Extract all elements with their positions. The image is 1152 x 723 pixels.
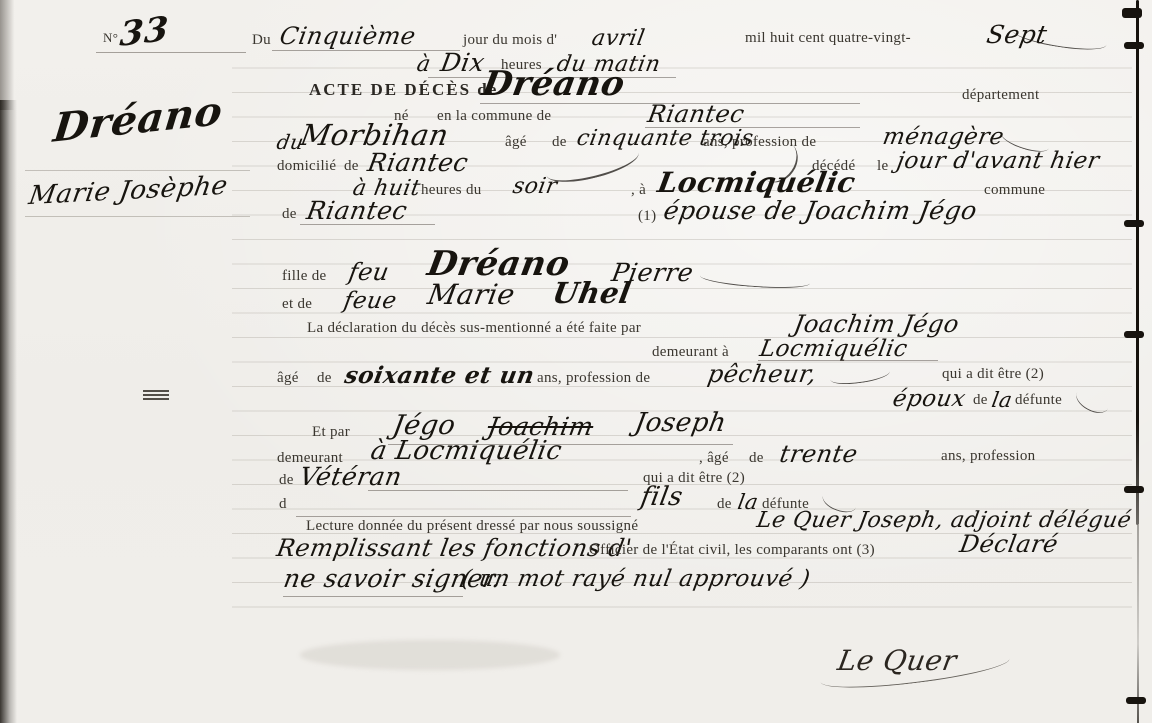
blank-rule <box>283 596 463 597</box>
printed-qui-a-dit-etre: qui a dit être (2) <box>942 366 1044 383</box>
printed-de: de <box>282 206 297 223</box>
blank-rule <box>96 52 246 53</box>
death-record-page: N° 33 Dréano Marie Josèphe Du Cinquième … <box>0 0 1152 723</box>
footnote-ref-1: (1) <box>638 208 656 225</box>
printed-officier: Officier de l'État civil, les comparants… <box>589 542 875 559</box>
printed-a: , à <box>631 182 646 199</box>
mother-feue: feue <box>342 288 399 314</box>
printed-ans-profession: ans, profession de <box>537 370 650 387</box>
second-declarant-age: trente <box>778 440 861 468</box>
deceased-profession: ménagère <box>881 124 1006 150</box>
binding-edge-lower <box>1137 525 1139 723</box>
pen-flourish <box>1072 383 1113 418</box>
printed-du: Du <box>252 32 271 49</box>
marital-status: épouse de Joachim Jégo <box>661 196 979 225</box>
officer-script-prefix: Remplissant les fonctions d' <box>275 534 635 562</box>
declarant-profession: pêcheur, <box>706 360 820 388</box>
printed-de: de <box>749 450 764 467</box>
mother-firstname: Marie <box>425 278 518 311</box>
printed-age: âgé <box>505 134 527 151</box>
pen-flourish <box>829 364 891 387</box>
printed-d: d <box>279 496 287 513</box>
printed-ans-profession: ans, profession de <box>703 134 816 151</box>
birth-commune: Riantec <box>646 100 747 128</box>
printed-le: le <box>877 158 888 175</box>
left-scan-edge-top <box>0 0 16 110</box>
domicile-place: Riantec <box>365 148 470 177</box>
registry-number: 33 <box>119 9 170 55</box>
dept-name: Morbihan <box>298 118 451 152</box>
deceased-surname: Dréano <box>479 64 628 104</box>
margin-rule <box>25 216 250 217</box>
pen-flourish <box>1011 21 1108 55</box>
second-declarant-firstname: Joseph <box>632 408 728 438</box>
act-title: ACTE DE DÉCÈS de <box>309 80 498 100</box>
script-la: la <box>990 388 1014 412</box>
printed-age: , âgé <box>699 450 729 467</box>
paper-smudge <box>300 640 560 670</box>
printed-jour-du-mois: jour du mois d' <box>463 32 557 49</box>
printed-de: de <box>717 496 732 513</box>
declarant-age: soixante et un <box>343 362 537 389</box>
hour-value: Dix <box>438 48 487 77</box>
blank-rule <box>300 224 435 225</box>
printed-ans-profession: ans, profession <box>941 448 1036 465</box>
printed-de: de <box>317 370 332 387</box>
blank-rule <box>272 50 460 51</box>
printed-declaration: La déclaration du décès sus-mentionné a … <box>307 320 641 337</box>
printed-commune: commune <box>984 182 1045 199</box>
death-place: Locmiquélic <box>655 166 858 199</box>
printed-domicilie: domicilié <box>277 158 336 175</box>
printed-defunte: défunte <box>1015 392 1062 409</box>
printed-de: de <box>973 392 988 409</box>
note-word-struck: ( un mot rayé nul approuvé ) <box>460 566 813 592</box>
declarant-residence: Locmiquélic <box>758 336 910 362</box>
death-act-day: Cinquième <box>278 22 419 50</box>
binding-stitch <box>1124 486 1144 493</box>
script-declared: Déclaré <box>958 530 1061 558</box>
printed-demeurant-a: demeurant à <box>652 344 729 361</box>
binding-edge <box>1136 0 1139 525</box>
hour-a: à <box>415 52 433 77</box>
declarant-relation: époux <box>891 386 968 412</box>
left-scan-edge <box>0 100 18 723</box>
printed-year: mil huit cent quatre-vingt- <box>745 30 911 47</box>
second-declarant-profession: Vétéran <box>297 462 404 491</box>
second-declarant-relation: fils <box>638 482 685 512</box>
printed-departement: département <box>962 87 1039 104</box>
death-hour-moment: soir <box>511 174 560 199</box>
pen-flourish <box>700 268 811 291</box>
death-act-month: avril <box>590 26 647 51</box>
printed-heures-du: heures du <box>421 182 482 199</box>
blank-rule <box>368 490 628 491</box>
ink-blot <box>143 390 169 402</box>
printed-et-par: Et par <box>312 424 350 441</box>
declarant-name: Joachim Jégo <box>792 310 962 338</box>
binding-stitch <box>1124 331 1144 338</box>
margin-deceased-surname: Dréano <box>51 87 225 151</box>
binding-stitch <box>1124 220 1144 227</box>
father-feu: feu <box>347 258 392 286</box>
margin-deceased-firstnames: Marie Josèphe <box>27 171 230 211</box>
binding-stitch <box>1126 697 1146 704</box>
printed-et-de: et de <box>282 296 312 313</box>
printed-de: de <box>279 472 294 489</box>
blank-rule <box>296 516 631 517</box>
binding-stitch <box>1124 42 1144 49</box>
officiant-name: Le Quer Joseph, adjoint délégué <box>755 508 1134 533</box>
printed-age: âgé <box>277 370 299 387</box>
mother-surname: Uhel <box>550 276 634 310</box>
script-la: la <box>736 490 760 514</box>
death-day-script: jour d'avant hier <box>895 148 1102 174</box>
printed-fille-de: fille de <box>282 268 326 285</box>
printed-de: de <box>552 134 567 151</box>
residence-commune: Riantec <box>304 196 409 225</box>
printed-lecture: Lecture donnée du présent dressé par nou… <box>306 518 638 535</box>
binding-stitch <box>1122 8 1142 18</box>
printed-de: de <box>344 158 359 175</box>
printed-en-la-commune: en la commune de <box>437 108 551 125</box>
registry-number-label: N° <box>103 30 118 46</box>
